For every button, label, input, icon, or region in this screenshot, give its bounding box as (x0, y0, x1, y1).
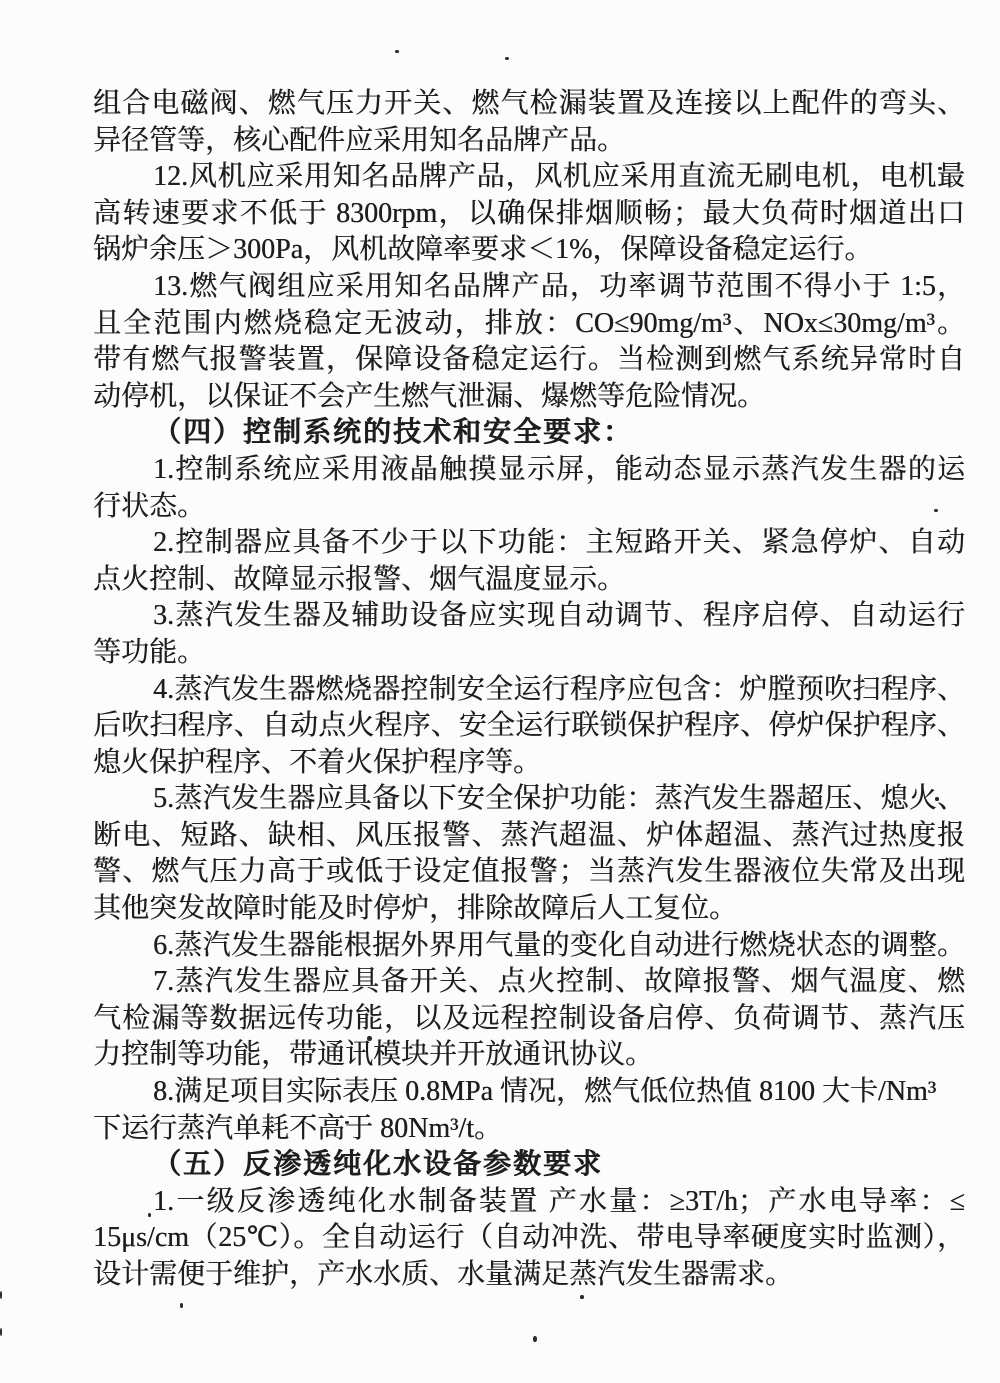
doc-section-heading: （四）控制系统的技术和安全要求： (93, 415, 965, 452)
scan-speck (580, 1295, 584, 1299)
scan-speck (367, 418, 371, 422)
doc-line: 1.控制系统应采用液晶触摸显示屏，能动态显示蒸汽发生器的运 (93, 452, 965, 489)
scan-speck (345, 1121, 349, 1124)
doc-line: 5.蒸汽发生器应具备以下安全保护功能：蒸汽发生器超压、熄火、 (93, 781, 965, 818)
scan-speck (533, 1336, 537, 1342)
doc-line: 设计需便于维护，产水水质、水量满足蒸汽发生器需求。 (93, 1257, 965, 1294)
doc-line: 7.蒸汽发生器应具备开关、点火控制、故障报警、烟气温度、燃 (93, 964, 965, 1001)
scan-speck (934, 509, 938, 512)
document-body: 组合电磁阀、燃气压力开关、燃气检漏装置及连接以上配件的弯头、异径管等，核心配件应… (93, 86, 965, 1294)
doc-line: 其他突发故障时能及时停炉，排除故障后人工复位。 (93, 891, 965, 928)
scan-speck (505, 57, 509, 60)
scanned-document-page: 组合电磁阀、燃气压力开关、燃气检漏装置及连接以上配件的弯头、异径管等，核心配件应… (0, 0, 1000, 1383)
scan-speck (395, 50, 399, 53)
doc-line: 3.蒸汽发生器及辅助设备应实现自动调节、程序启停、自动运行 (93, 598, 965, 635)
doc-line: 12.风机应采用知名品牌产品，风机应采用直流无刷电机，电机最 (93, 159, 965, 196)
doc-line: 锅炉余压＞300Pa，风机故障率要求＜1%，保障设备稳定运行。 (93, 232, 965, 269)
doc-line: 动停机，以保证不会产生燃气泄漏、爆燃等危险情况。 (93, 379, 965, 416)
scan-speck (367, 1036, 372, 1041)
doc-line: 气检漏等数据远传功能，以及远程控制设备启停、负荷调节、蒸汽压 (93, 1001, 965, 1038)
doc-line: 高转速要求不低于 8300rpm，以确保排烟顺畅；最大负荷时烟道出口 (93, 196, 965, 233)
doc-line: 8.满足项目实际表压 0.8MPa 情况，燃气低位热值 8100 大卡/Nm³ (93, 1074, 965, 1111)
doc-line: 13.燃气阀组应采用知名品牌产品，功率调节范围不得小于 1:5， (93, 269, 965, 306)
scan-speck (180, 1303, 183, 1308)
scan-speck (148, 1213, 151, 1217)
doc-line: 行状态。 (93, 489, 965, 526)
doc-line: 且全范围内燃烧稳定无波动，排放：CO≤90mg/m³、NOx≤30mg/m³。 (93, 306, 965, 343)
doc-line: 熄火保护程序、不着火保护程序等。 (93, 745, 965, 782)
doc-line: 2.控制器应具备不少于以下功能：主短路开关、紧急停炉、自动 (93, 525, 965, 562)
doc-line: 15μs/cm（25℃）。全自动运行（自动冲洗、带电导率硬度实时监测）， (93, 1220, 965, 1257)
doc-line: 带有燃气报警装置，保障设备稳定运行。当检测到燃气系统异常时自 (93, 342, 965, 379)
doc-line: 异径管等，核心配件应采用知名品牌产品。 (93, 123, 965, 160)
scan-speck (0, 1291, 2, 1299)
doc-line: 下运行蒸汽单耗不高于 80Nm³/t。 (93, 1111, 965, 1148)
doc-line: 力控制等功能，带通讯模块并开放通讯协议。 (93, 1037, 965, 1074)
scan-speck (112, 496, 115, 500)
scan-speck (0, 1328, 2, 1336)
doc-line: 点火控制、故障显示报警、烟气温度显示。 (93, 562, 965, 599)
doc-line: 警、燃气压力高于或低于设定值报警；当蒸汽发生器液位失常及出现 (93, 854, 965, 891)
scan-speck (938, 167, 942, 170)
doc-line: 组合电磁阀、燃气压力开关、燃气检漏装置及连接以上配件的弯头、 (93, 86, 965, 123)
doc-line: 4.蒸汽发生器燃烧器控制安全运行程序应包含：炉膛预吹扫程序、 (93, 672, 965, 709)
doc-line: 断电、短路、缺相、风压报警、蒸汽超温、炉体超温、蒸汽过热度报 (93, 818, 965, 855)
doc-line: 6.蒸汽发生器能根据外界用气量的变化自动进行燃烧状态的调整。 (93, 928, 965, 965)
doc-line: 等功能。 (93, 635, 965, 672)
doc-line: 1.一级反渗透纯化水制备装置 产水量：≥3T/h；产水电导率：≤ (93, 1184, 965, 1221)
scan-speck (935, 797, 939, 801)
doc-line: 后吹扫程序、自动点火程序、安全运行联锁保护程序、停炉保护程序、 (93, 708, 965, 745)
doc-section-heading: （五）反渗透纯化水设备参数要求 (93, 1147, 965, 1184)
